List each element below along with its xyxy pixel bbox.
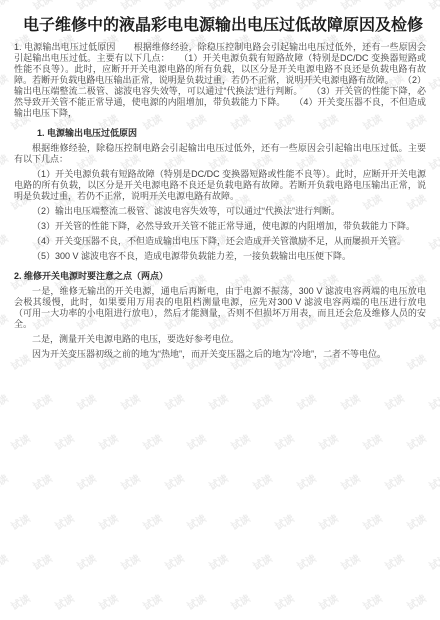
- watermark-text: 试读: [52, 590, 77, 613]
- document-page: 试读试读试读试读试读试读试读试读试读试读试读试读试读试读试读试读试读试读试读试读…: [0, 0, 440, 620]
- watermark-text: 试读: [206, 550, 231, 573]
- watermark-text: 试读: [404, 590, 429, 613]
- watermark-text: 试读: [426, 550, 440, 573]
- watermark-text: 试读: [250, 550, 275, 573]
- watermark-text: 试读: [52, 510, 77, 533]
- paragraph: 根据维修经验，除稳压控制电路会引起输出电压过低外，还有一些原因会引起输出电压过低…: [14, 143, 426, 165]
- watermark-text: 试读: [162, 390, 187, 413]
- paragraph: （2）输出电压端整流二极管、滤波电容失效等，可以通过“代换法”进行判断。: [14, 206, 426, 217]
- watermark-text: 试读: [8, 430, 33, 453]
- watermark-text: 试读: [228, 590, 253, 613]
- watermark-text: 试读: [0, 550, 10, 573]
- watermark-text: 试读: [8, 510, 33, 533]
- watermark-text: 试读: [118, 550, 143, 573]
- paragraph: 一是，维修无输出的开关电源，通电后再断电，由于电源不振荡，300 V 滤波电容两…: [14, 286, 426, 330]
- watermark-text: 试读: [338, 470, 363, 493]
- watermark-text: 试读: [272, 590, 297, 613]
- watermark-text: 试读: [30, 390, 55, 413]
- paragraph: （4）开关变压器不良，不但造成输出电压下降，还会造成开关管激励不足，从而屡损开关…: [14, 236, 426, 247]
- watermark-text: 试读: [140, 430, 165, 453]
- watermark-text: 试读: [294, 550, 319, 573]
- watermark-text: 试读: [140, 510, 165, 533]
- watermark-text: 试读: [118, 390, 143, 413]
- watermark-text: 试读: [382, 390, 407, 413]
- watermark-text: 试读: [404, 430, 429, 453]
- watermark-text: 试读: [360, 590, 385, 613]
- watermark-text: 试读: [426, 390, 440, 413]
- section-heading: 2. 维修开关电源时要注意之点（两点）: [14, 271, 426, 282]
- page-content: 电子维修中的液晶彩电电源输出电压过低故障原因及检修 1. 电源输出电压过低原因 …: [0, 0, 440, 360]
- watermark-text: 试读: [140, 590, 165, 613]
- watermark-text: 试读: [30, 470, 55, 493]
- watermark-text: 试读: [184, 430, 209, 453]
- watermark-text: 试读: [426, 470, 440, 493]
- paragraph: 因为开关变压器初级之前的地为“热地”，而开关变压器之后的地为“冷地”，二者不等电…: [14, 349, 426, 360]
- watermark-text: 试读: [228, 430, 253, 453]
- watermark-text: 试读: [74, 470, 99, 493]
- watermark-text: 试读: [118, 470, 143, 493]
- watermark-text: 试读: [206, 390, 231, 413]
- watermark-text: 试读: [96, 430, 121, 453]
- watermark-text: 试读: [272, 430, 297, 453]
- watermark-text: 试读: [316, 510, 341, 533]
- watermark-text: 试读: [0, 470, 10, 493]
- section-causes: 1. 电源输出电压过低原因 根据维修经验，除稳压控制电路会引起输出电压过低外，还…: [14, 128, 426, 262]
- watermark-text: 试读: [294, 390, 319, 413]
- watermark-text: 试读: [272, 510, 297, 533]
- watermark-text: 试读: [338, 550, 363, 573]
- watermark-text: 试读: [162, 550, 187, 573]
- watermark-text: 试读: [0, 390, 10, 413]
- watermark-text: 试读: [294, 470, 319, 493]
- watermark-text: 试读: [360, 430, 385, 453]
- watermark-text: 试读: [360, 510, 385, 533]
- watermark-text: 试读: [30, 550, 55, 573]
- paragraph: 二是，测量开关电源电路的电压，要选好参考电位。: [14, 334, 426, 345]
- section-precautions: 2. 维修开关电源时要注意之点（两点） 一是，维修无输出的开关电源，通电后再断电…: [14, 271, 426, 360]
- watermark-text: 试读: [250, 390, 275, 413]
- watermark-text: 试读: [316, 430, 341, 453]
- watermark-text: 试读: [52, 430, 77, 453]
- watermark-text: 试读: [8, 590, 33, 613]
- watermark-text: 试读: [338, 390, 363, 413]
- watermark-text: 试读: [250, 470, 275, 493]
- watermark-text: 试读: [162, 470, 187, 493]
- summary-paragraph: 1. 电源输出电压过低原因 根据维修经验，除稳压控制电路会引起输出电压过低外，还…: [14, 42, 426, 119]
- watermark-text: 试读: [316, 590, 341, 613]
- watermark-text: 试读: [228, 510, 253, 533]
- watermark-text: 试读: [96, 510, 121, 533]
- watermark-text: 试读: [404, 510, 429, 533]
- watermark-text: 试读: [184, 590, 209, 613]
- watermark-text: 试读: [74, 390, 99, 413]
- paragraph: （1）开关电源负载有短路故障（特别是DC/DC 变换器短路或性能不良等）。此时，…: [14, 169, 426, 202]
- watermark-text: 试读: [184, 510, 209, 533]
- document-title: 电子维修中的液晶彩电电源输出电压过低故障原因及检修: [23, 15, 426, 36]
- section-heading: 1. 电源输出电压过低原因: [37, 128, 426, 139]
- watermark-text: 试读: [382, 470, 407, 493]
- watermark-text: 试读: [382, 550, 407, 573]
- watermark-text: 试读: [74, 550, 99, 573]
- paragraph: （3）开关管的性能下降，必然导致开关管不能正常导通，使电源的内阻增加，带负载能力…: [14, 221, 426, 232]
- watermark-text: 试读: [96, 590, 121, 613]
- watermark-text: 试读: [206, 470, 231, 493]
- paragraph: （5）300 V 滤波电容不良，造成电源带负载能力差，一接负载输出电压便下降。: [14, 251, 426, 262]
